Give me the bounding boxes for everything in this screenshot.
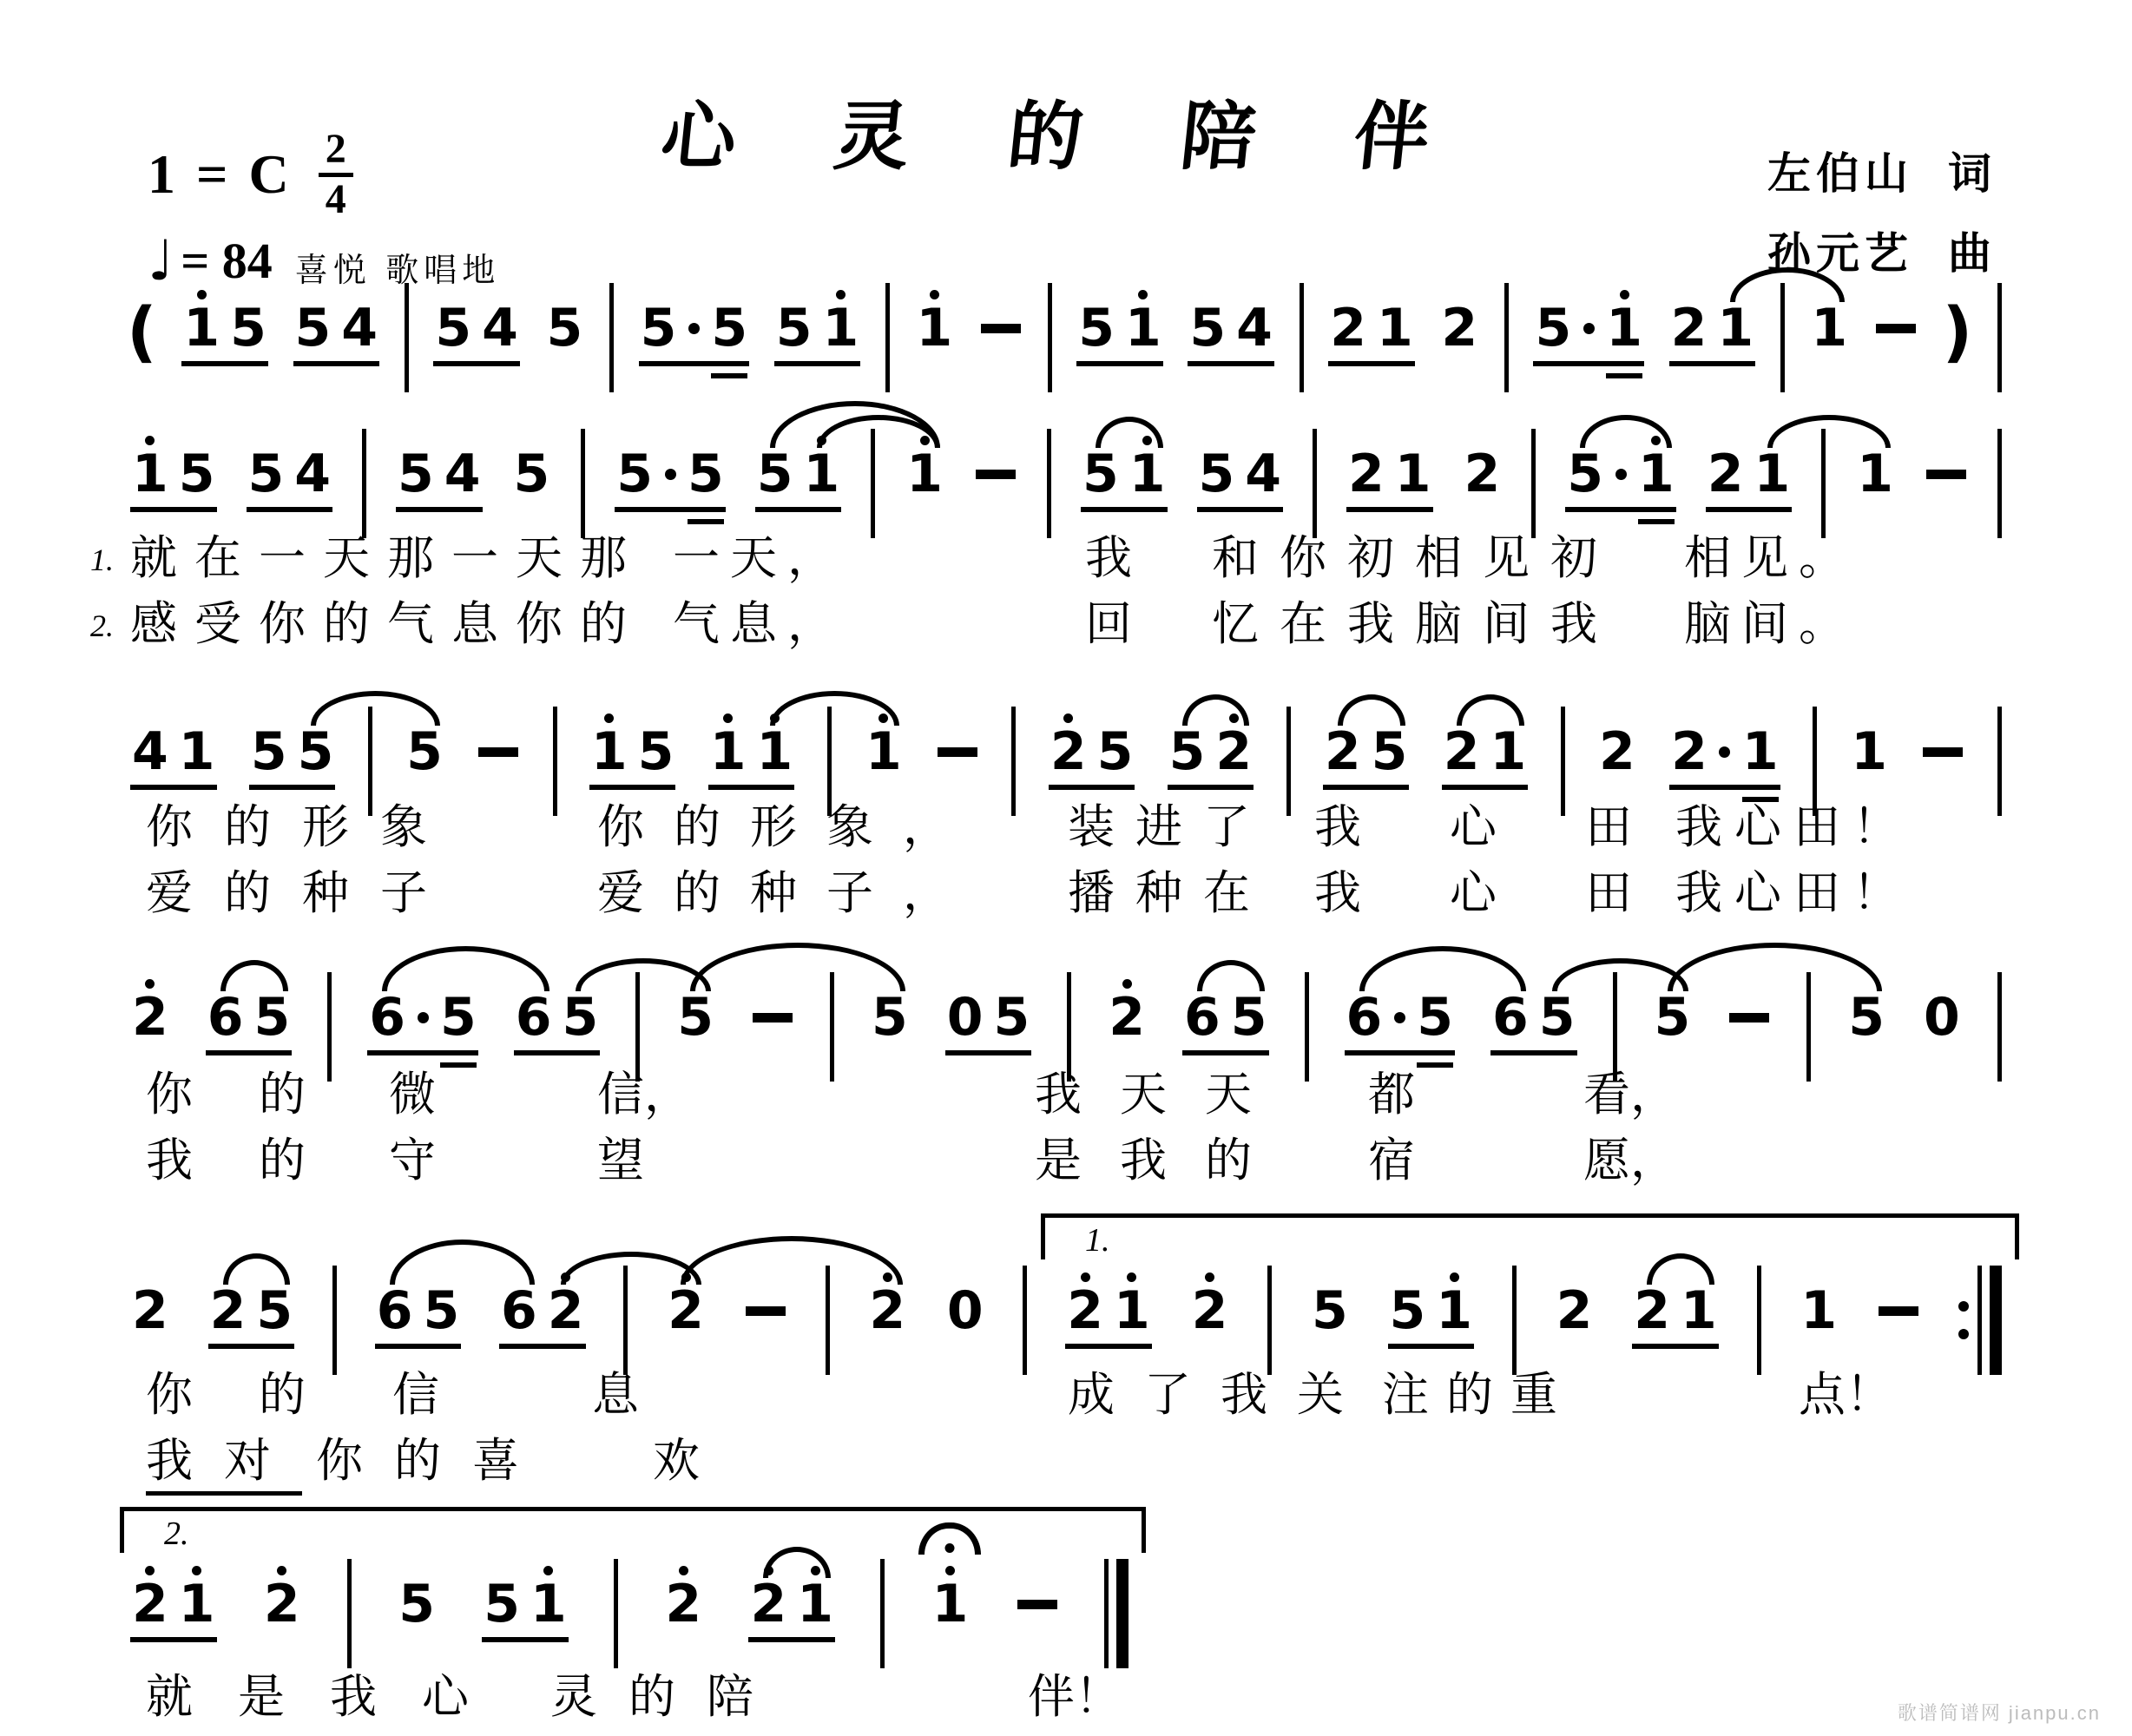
beam-group: 41: [130, 710, 217, 790]
barline: [1047, 429, 1051, 538]
note: 2: [132, 1562, 168, 1630]
lyric-segment: 忆在我脑间我: [1212, 597, 1618, 651]
rhythm-dot: [663, 432, 677, 500]
verse-number: 1.: [90, 531, 114, 578]
slur-tie-arc: [770, 691, 899, 726]
note: 2: [1348, 432, 1385, 500]
lyric-segment: 你: [146, 1068, 193, 1121]
octave-dot-icon: [996, 286, 1005, 302]
parenthesis: ): [1942, 286, 1972, 377]
dash-note: [1926, 432, 1966, 500]
barline: [1561, 707, 1565, 816]
dash-note: [478, 710, 518, 778]
lyric-segment: 的: [259, 1068, 306, 1121]
note: 1: [179, 710, 215, 778]
sheet-music-page: 心 灵 的 陪 伴 1 = C 2 4 ♩ = 84 喜悦 歌唱地 左伯山 词 …: [0, 0, 2132, 1736]
note: 1: [132, 432, 168, 500]
lyric-segment: 你的形象，: [597, 800, 979, 854]
note: 1: [932, 1562, 969, 1630]
beam-group: 0: [945, 1269, 985, 1344]
lyric-segment: 我对: [146, 1434, 302, 1496]
beam-group: 2: [663, 1562, 703, 1637]
barline: [581, 429, 585, 538]
note: 1: [591, 710, 628, 778]
note: 5: [435, 286, 471, 354]
lyric-segment: 是我的: [1035, 1134, 1290, 1187]
note: 1: [1606, 286, 1642, 354]
slur-tie-arc: [382, 946, 549, 991]
music-line-1: (155454555511515421251211): [127, 286, 2002, 401]
note: 5: [251, 710, 287, 778]
beam-group: 15: [589, 710, 676, 790]
beam-group: 51: [1388, 1269, 1475, 1349]
music-line-2: 155454555511515421251211: [130, 432, 2002, 547]
note: 2: [1192, 1269, 1228, 1337]
lyric-segment: 我心田！: [1675, 866, 1912, 920]
beam-group: 5: [1310, 1269, 1350, 1344]
note: 5: [1199, 432, 1235, 500]
note: 2: [1330, 286, 1366, 354]
lyric-segment: 我: [146, 1134, 193, 1187]
octave-dot-icon: [1893, 1269, 1903, 1285]
slur-tie-arc: [1197, 960, 1265, 991]
rhythm-dot: [687, 286, 701, 354]
barline: [1300, 283, 1304, 392]
rhythm-dot: [1582, 286, 1596, 354]
lyric-segment: 的: [259, 1134, 306, 1187]
slur-tie-arc: [1182, 694, 1249, 726]
dash-note: [1876, 286, 1916, 354]
beam-group: 21: [1328, 286, 1415, 366]
octave-dot-icon: [666, 432, 675, 448]
barline: [1267, 1266, 1272, 1375]
volta-bracket: 2.: [120, 1507, 1146, 1553]
rest-note: 0: [1924, 976, 1960, 1043]
rest-note: 0: [947, 1269, 984, 1337]
volta-bracket: 1.: [1041, 1213, 2019, 1259]
note: 2: [1464, 432, 1501, 500]
barline: [885, 283, 890, 392]
lyric-segment: 我心田！: [1675, 800, 1912, 854]
beam-group: 2: [130, 976, 170, 1050]
note: 1: [1436, 1269, 1472, 1337]
beam-group: 5: [545, 286, 585, 361]
note: 2: [1671, 710, 1708, 778]
lyric-segment: 守: [389, 1134, 436, 1187]
note: 5: [711, 286, 747, 354]
note: 2: [1109, 976, 1145, 1043]
lyric-segment: 的: [259, 1368, 306, 1422]
barline: [1997, 429, 2002, 538]
lyric-segment: 爱的种子，: [597, 866, 979, 920]
verse-number: 2.: [90, 597, 114, 644]
lyric-segment: 装进了: [1068, 800, 1271, 854]
beam-group: 2: [1463, 432, 1503, 507]
beam-group: 1: [1849, 710, 1889, 785]
note: 5: [398, 432, 434, 500]
lyric-segment: 心: [1450, 866, 1497, 920]
note: 2: [132, 1269, 168, 1337]
beam-group: [1921, 710, 1964, 785]
barline: [405, 283, 409, 392]
dash-note: [1879, 1269, 1918, 1337]
lyric-segment: 我: [1314, 800, 1361, 854]
barline: [1531, 429, 1536, 538]
note: 4: [132, 710, 168, 778]
beam-group: 51: [1533, 286, 1644, 366]
note: 2: [132, 976, 168, 1043]
lyric-segment: 灵的陪: [550, 1670, 785, 1724]
beam-group: 15: [130, 432, 217, 512]
note: 1: [183, 286, 220, 354]
lyric-segment: 田: [1585, 800, 1632, 854]
lyric-segment: 感受你的气息你的: [130, 597, 644, 651]
note: 5: [641, 286, 677, 354]
beam-group: 51: [774, 286, 861, 366]
note: 2: [1556, 1269, 1593, 1337]
barline: [609, 283, 614, 392]
note: 5: [1390, 1269, 1426, 1337]
dash-note: [1017, 1562, 1057, 1630]
beam-group: [1874, 286, 1918, 361]
repeat-barline: [1958, 1266, 2002, 1375]
note: 2: [1067, 1269, 1103, 1337]
note: 2: [665, 1562, 701, 1630]
slur-tie-arc: [220, 960, 288, 991]
volta-label: 1.: [1085, 1221, 2015, 1259]
beam-group: [1016, 1562, 1059, 1637]
lyric-segment: 一天，: [673, 531, 845, 585]
note: 1: [710, 710, 747, 778]
note: 1: [1851, 710, 1887, 778]
volta-label: 2.: [164, 1515, 1142, 1553]
note: 5: [1535, 286, 1571, 354]
beam-group: [974, 432, 1017, 507]
note: 4: [1245, 432, 1281, 500]
beam-group: 21: [1346, 432, 1433, 512]
note: 5: [484, 1562, 520, 1630]
barline: [1067, 972, 1071, 1082]
beam-group: 2: [1555, 1269, 1595, 1344]
lyric-segment: 就是我心: [146, 1670, 514, 1724]
lyric-segment: 我: [1314, 866, 1361, 920]
beam-group: 54: [433, 286, 520, 366]
barline: [553, 707, 557, 816]
note: 5: [295, 286, 332, 354]
beam-group: 2: [262, 1562, 302, 1637]
barline: [1757, 1266, 1761, 1375]
barline: [1023, 1266, 1027, 1375]
lyric-segment: 信: [392, 1368, 439, 1422]
octave-dot-icon: [689, 286, 699, 302]
note: 2: [1671, 286, 1708, 354]
rhythm-dot: [1718, 710, 1732, 778]
music-line-6: 21255122112.: [130, 1562, 1129, 1677]
barline: [1504, 283, 1509, 392]
octave-dot-icon: [991, 432, 1001, 448]
beam-group: 5: [512, 432, 552, 507]
beam-group: 51: [482, 1562, 569, 1642]
note: 2: [1441, 286, 1477, 354]
repeat-dots-icon: [1958, 1301, 1969, 1339]
beam-group: 5: [397, 1562, 437, 1637]
note: 5: [994, 976, 1030, 1043]
lyric-segment: 回: [1085, 597, 1132, 651]
lyric-segment: 我天天: [1035, 1068, 1290, 1121]
lyric-segment: 爱的种子: [146, 866, 458, 920]
lyric-segment: 田: [1585, 866, 1632, 920]
note: 1: [1395, 432, 1431, 500]
beam-group: 1: [1799, 1269, 1839, 1344]
note: 1: [179, 1562, 215, 1630]
barline: [1048, 283, 1052, 392]
barline: [332, 1266, 337, 1375]
slur-tie-arc: [1096, 417, 1163, 448]
lyric-segment: 望: [597, 1134, 644, 1187]
lyric-segment: 成了我关: [1068, 1368, 1373, 1422]
note: 4: [444, 432, 481, 500]
lyric-segment: 播种在: [1068, 866, 1271, 920]
dash-note: [938, 710, 977, 778]
beam-group: 2: [1190, 1269, 1230, 1344]
rest-note: 0: [947, 976, 984, 1043]
lyric-segment: 息: [592, 1368, 639, 1422]
note: 5: [1078, 286, 1115, 354]
note: 4: [341, 286, 378, 354]
lyric-segment: 注的重: [1382, 1368, 1575, 1422]
octave-dot-icon: [1891, 286, 1900, 302]
barline: [1305, 972, 1309, 1082]
beam-group: [936, 710, 979, 785]
lyric-segment: 你的形象: [146, 800, 458, 854]
barline: [362, 429, 366, 538]
lyric-segment: 你: [146, 1368, 193, 1422]
slur-tie-arc: [223, 1253, 290, 1285]
note: 1: [1800, 1269, 1837, 1337]
barline: [347, 1559, 352, 1668]
octave-dot-icon: [1032, 1562, 1042, 1578]
score-area: (155454555511515421251211)15545455551151…: [0, 0, 2132, 1736]
note: 1: [822, 286, 859, 354]
slur-tie-arc: [1359, 946, 1526, 991]
lyric-segment: 气息，: [673, 597, 845, 651]
lyric-segment: 脑间。: [1684, 597, 1856, 651]
lyric-segment: 都: [1368, 1068, 1415, 1121]
note: 2: [1050, 710, 1087, 778]
note: 1: [1377, 286, 1413, 354]
beam-group: 54: [396, 432, 483, 512]
note: 5: [1189, 286, 1226, 354]
slur-tie-arc: [1730, 267, 1845, 302]
note: 5: [688, 432, 724, 500]
lyric-segment: 心: [1450, 800, 1497, 854]
lyric-segment: 你的喜: [316, 1434, 550, 1488]
beam-group: [477, 710, 520, 785]
note: 4: [1236, 286, 1273, 354]
beam-group: 55: [615, 432, 726, 512]
beam-group: [1925, 432, 1968, 507]
beam-group: 55: [639, 286, 750, 366]
barline: [1286, 707, 1291, 816]
slur-tie-arc: [690, 943, 905, 991]
note: 5: [616, 432, 653, 500]
note: 2: [264, 1562, 300, 1630]
note: 1: [1114, 1269, 1150, 1337]
slur-tie-arc: [1580, 415, 1672, 448]
slur-tie-arc: [1668, 943, 1882, 991]
note: 5: [514, 432, 550, 500]
barline: [1997, 707, 2002, 816]
beam-group: 15: [181, 286, 268, 366]
note: 2: [1708, 432, 1744, 500]
barline: [1512, 1266, 1517, 1375]
lyric-segment: 点！: [1799, 1368, 1892, 1422]
lyric-segment: 相见。: [1684, 531, 1856, 585]
beam-group: 1: [931, 1562, 971, 1637]
note: 1: [1742, 710, 1779, 778]
beam-group: 2: [1439, 286, 1479, 361]
lyric-segment: 伴！: [1028, 1670, 1122, 1724]
note: 5: [398, 1562, 435, 1630]
beam-group: 05: [945, 976, 1032, 1055]
final-barline: [1104, 1559, 1129, 1668]
dash-note: [976, 432, 1016, 500]
lyric-segment: 微: [389, 1068, 436, 1121]
beam-group: 2: [130, 1269, 170, 1344]
octave-dot-icon: [1720, 710, 1729, 726]
barline: [327, 972, 332, 1082]
note: 1: [1125, 286, 1161, 354]
octave-dot-icon: [1942, 432, 1951, 448]
beam-group: 51: [1076, 286, 1163, 366]
beam-group: 2: [1107, 976, 1147, 1050]
parenthesis: (: [127, 286, 157, 377]
beam-group: 54: [247, 432, 333, 512]
beam-group: 0: [1922, 976, 1962, 1050]
note: 5: [1097, 710, 1134, 778]
watermark: 歌谱简谱网 jianpu.cn: [1898, 1699, 2101, 1726]
note: 5: [230, 286, 266, 354]
lyric-segment: 愿，: [1583, 1134, 1677, 1187]
beam-group: 2: [1597, 710, 1637, 785]
lyric-segment: 欢: [653, 1434, 700, 1488]
note: 5: [179, 432, 215, 500]
barline: [614, 1559, 618, 1668]
note: 5: [1312, 1269, 1348, 1337]
lyric-segment: 信，: [597, 1068, 691, 1121]
beam-group: 54: [293, 286, 380, 366]
barline: [1011, 707, 1016, 816]
slur-tie-arc: [390, 1240, 535, 1285]
note: 5: [547, 286, 583, 354]
octave-dot-icon: [494, 710, 503, 726]
note: 5: [248, 432, 285, 500]
barline: [1313, 429, 1317, 538]
lyric-segment: 我: [1085, 531, 1132, 585]
beam-group: 1: [915, 286, 955, 361]
lyric-segment: 看，: [1583, 1068, 1677, 1121]
note: 2: [1599, 710, 1635, 778]
dash-note: [981, 286, 1021, 354]
note: 5: [638, 710, 674, 778]
beam-group: [1877, 1269, 1920, 1344]
beam-group: 21: [1065, 1269, 1152, 1349]
lyric-segment: 和你初相见初: [1212, 531, 1618, 585]
lyric-segment: 就在一天那一天那: [130, 531, 644, 585]
slur-tie-arc: [1767, 415, 1891, 448]
note: 5: [776, 286, 813, 354]
slur-tie-arc: [1457, 694, 1524, 726]
octave-dot-icon: [1584, 286, 1594, 302]
note: 4: [482, 286, 518, 354]
music-line-5: 225656222021255122111.: [130, 1269, 2002, 1384]
beam-group: [979, 286, 1023, 361]
slur-tie-arc: [681, 1236, 903, 1285]
slur-tie-arc: [311, 691, 440, 726]
slur-tie-arc: [1338, 694, 1405, 726]
barline: [1997, 972, 2002, 1082]
beam-group: 54: [1188, 286, 1274, 366]
beam-group: 54: [1197, 432, 1284, 512]
note: 1: [917, 286, 953, 354]
beam-group: 21: [130, 1562, 217, 1642]
octave-dot-icon: [953, 710, 963, 726]
lyric-segment: 宿: [1368, 1134, 1415, 1187]
beam-group: 21: [1669, 710, 1780, 790]
octave-dot-icon: [1938, 710, 1948, 726]
beam-group: 25: [1049, 710, 1135, 790]
dash-note: [1923, 710, 1963, 778]
barline: [1997, 283, 2002, 392]
barline: [880, 1559, 885, 1668]
note: 4: [294, 432, 331, 500]
note: 1: [530, 1562, 567, 1630]
